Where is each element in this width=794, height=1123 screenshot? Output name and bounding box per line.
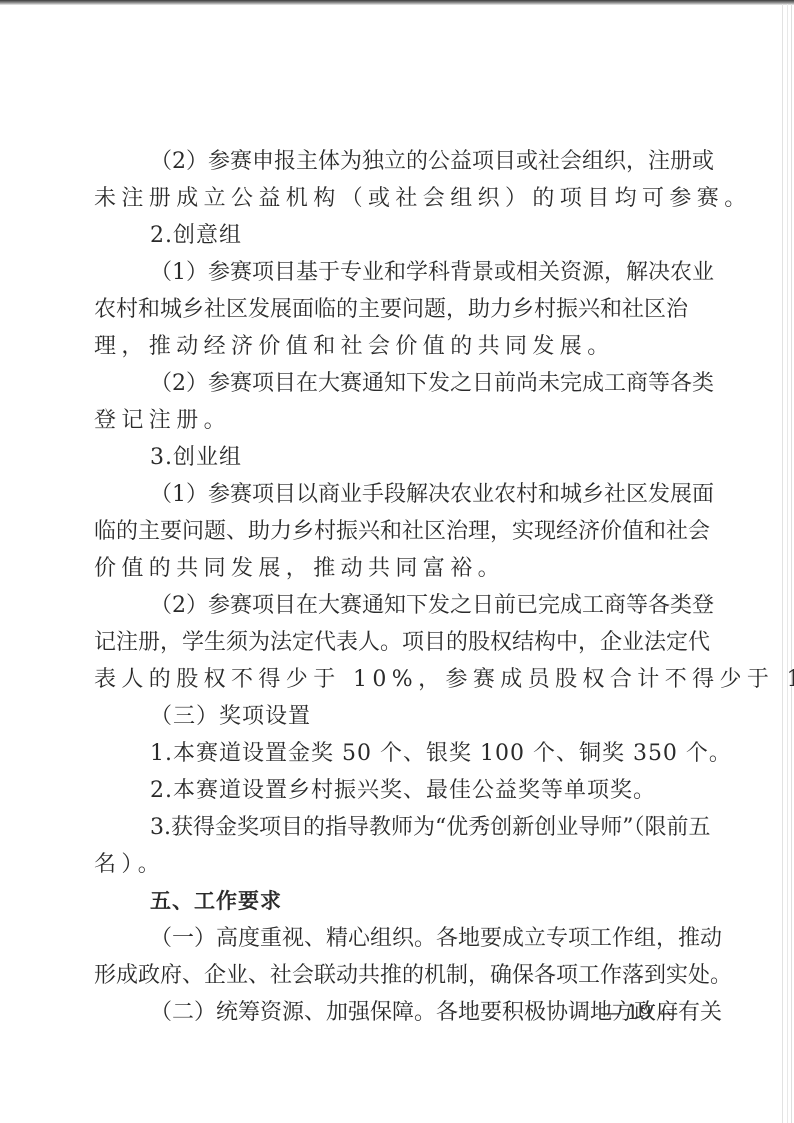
section-heading: 五、工作要求	[94, 883, 680, 920]
paragraph-line: （1）参赛项目基于专业和学科背景或相关资源，解决农业	[94, 254, 680, 291]
paragraph-line: 理，推动经济价值和社会价值的共同发展。	[94, 328, 680, 365]
paragraph-line: 2.本赛道设置乡村振兴奖、最佳公益奖等单项奖。	[94, 772, 680, 809]
section-subheading: 3.创业组	[94, 439, 680, 476]
paragraph-line: 登记注册。	[94, 402, 680, 439]
paragraph-line: 价值的共同发展，推动共同富裕。	[94, 550, 680, 587]
paragraph-line: 未注册成立公益机构（或社会组织）的项目均可参赛。	[94, 180, 680, 217]
paragraph-line: 1.本赛道设置金奖 50 个、银奖 100 个、铜奖 350 个。	[94, 735, 680, 772]
paragraph-line: 形成政府、企业、社会联动共推的机制，确保各项工作落到实处。	[94, 957, 680, 994]
scan-right-edge	[780, 4, 794, 1123]
paragraph-line: （2）参赛项目在大赛通知下发之日前已完成工商等各类登	[94, 587, 680, 624]
paragraph-line: 3.获得金奖项目的指导教师为“优秀创新创业导师”（限前五	[94, 809, 680, 846]
paragraph-line: 表人的股权不得少于 10%，参赛成员股权合计不得少于 1/3。	[94, 661, 680, 698]
section-subheading: （三）奖项设置	[94, 698, 680, 735]
paragraph-line: （2）参赛项目在大赛通知下发之日前尚未完成工商等各类	[94, 365, 680, 402]
section-subheading: 2.创意组	[94, 217, 680, 254]
page-number: — 19 —	[600, 997, 670, 1027]
paragraph-line: 农村和城乡社区发展面临的主要问题，助力乡村振兴和社区治	[94, 291, 680, 328]
paragraph-line: （二）统筹资源、加强保障。各地要积极协调地方政府有关	[94, 994, 680, 1031]
paragraph-line: （一）高度重视、精心组织。各地要成立专项工作组，推动	[94, 920, 680, 957]
paragraph-line: （2）参赛申报主体为独立的公益项目或社会组织，注册或	[94, 143, 680, 180]
paragraph-line: 记注册，学生须为法定代表人。项目的股权结构中，企业法定代	[94, 624, 680, 661]
document-body: （2）参赛申报主体为独立的公益项目或社会组织，注册或 未注册成立公益机构（或社会…	[94, 143, 680, 1031]
paragraph-line: 名）。	[94, 846, 680, 883]
paragraph-line: （1）参赛项目以商业手段解决农业农村和城乡社区发展面	[94, 476, 680, 513]
paragraph-line: 临的主要问题、助力乡村振兴和社区治理，实现经济价值和社会	[94, 513, 680, 550]
scan-top-edge	[0, 0, 794, 5]
